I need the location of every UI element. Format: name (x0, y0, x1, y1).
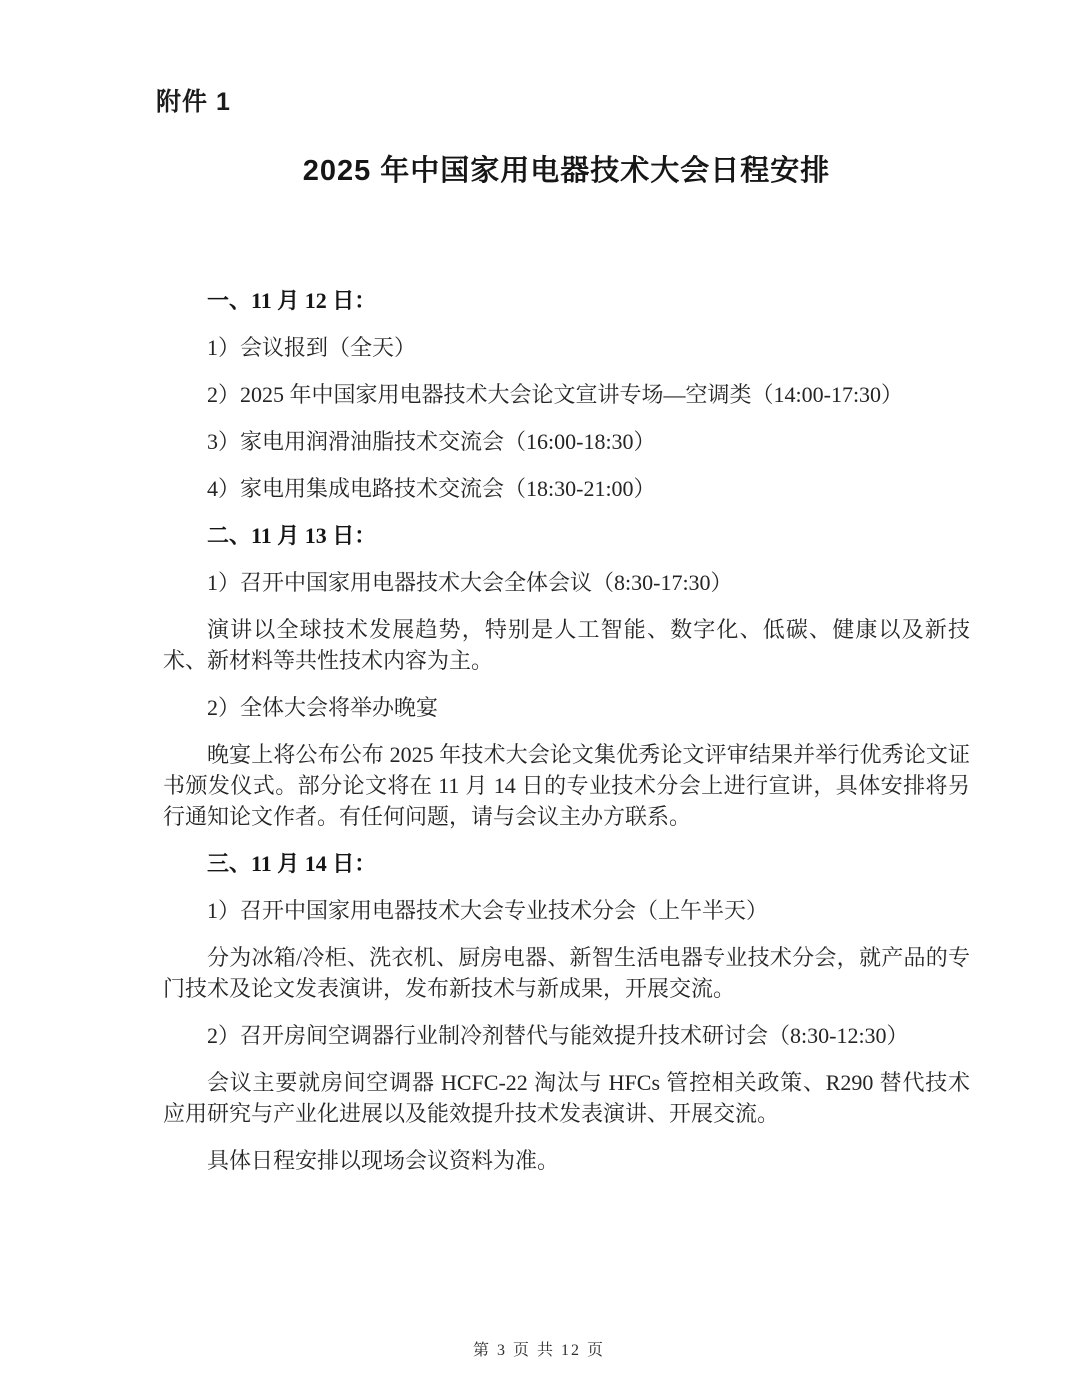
closing-note: 具体日程安排以现场会议资料为准。 (163, 1145, 970, 1176)
section-2-heading: 二、11 月 13 日： (163, 520, 970, 551)
schedule-item: 2）召开房间空调器行业制冷剂替代与能效提升技术研讨会（8:30-12:30） (163, 1020, 970, 1051)
document-page: 附件 1 2025 年中国家用电器技术大会日程安排 一、11 月 12 日： 1… (0, 0, 1078, 1380)
schedule-item: 1）会议报到（全天） (163, 332, 970, 363)
schedule-item: 4）家电用集成电路技术交流会（18:30-21:00） (163, 473, 970, 504)
description-paragraph: 会议主要就房间空调器 HCFC-22 淘汰与 HFCs 管控相关政策、R290 … (163, 1067, 970, 1129)
page-number: 第 3 页 共 12 页 (0, 1337, 1078, 1360)
document-body: 一、11 月 12 日： 1）会议报到（全天） 2）2025 年中国家用电器技术… (163, 285, 970, 1192)
document-title: 2025 年中国家用电器技术大会日程安排 (163, 148, 970, 189)
description-paragraph: 晚宴上将公布公布 2025 年技术大会论文集优秀论文评审结果并举行优秀论文证书颁… (163, 739, 970, 832)
schedule-item: 1）召开中国家用电器技术大会全体会议（8:30-17:30） (163, 567, 970, 598)
section-3-heading: 三、11 月 14 日： (163, 848, 970, 879)
description-paragraph: 分为冰箱/冷柜、洗衣机、厨房电器、新智生活电器专业技术分会，就产品的专门技术及论… (163, 942, 970, 1004)
section-1-heading: 一、11 月 12 日： (163, 285, 970, 316)
attachment-label: 附件 1 (156, 82, 231, 118)
schedule-item: 3）家电用润滑油脂技术交流会（16:00-18:30） (163, 426, 970, 457)
schedule-item: 2）全体大会将举办晚宴 (163, 692, 970, 723)
schedule-item: 2）2025 年中国家用电器技术大会论文宣讲专场—空调类（14:00-17:30… (163, 379, 970, 410)
schedule-item: 1）召开中国家用电器技术大会专业技术分会（上午半天） (163, 895, 970, 926)
description-paragraph: 演讲以全球技术发展趋势，特别是人工智能、数字化、低碳、健康以及新技术、新材料等共… (163, 614, 970, 676)
